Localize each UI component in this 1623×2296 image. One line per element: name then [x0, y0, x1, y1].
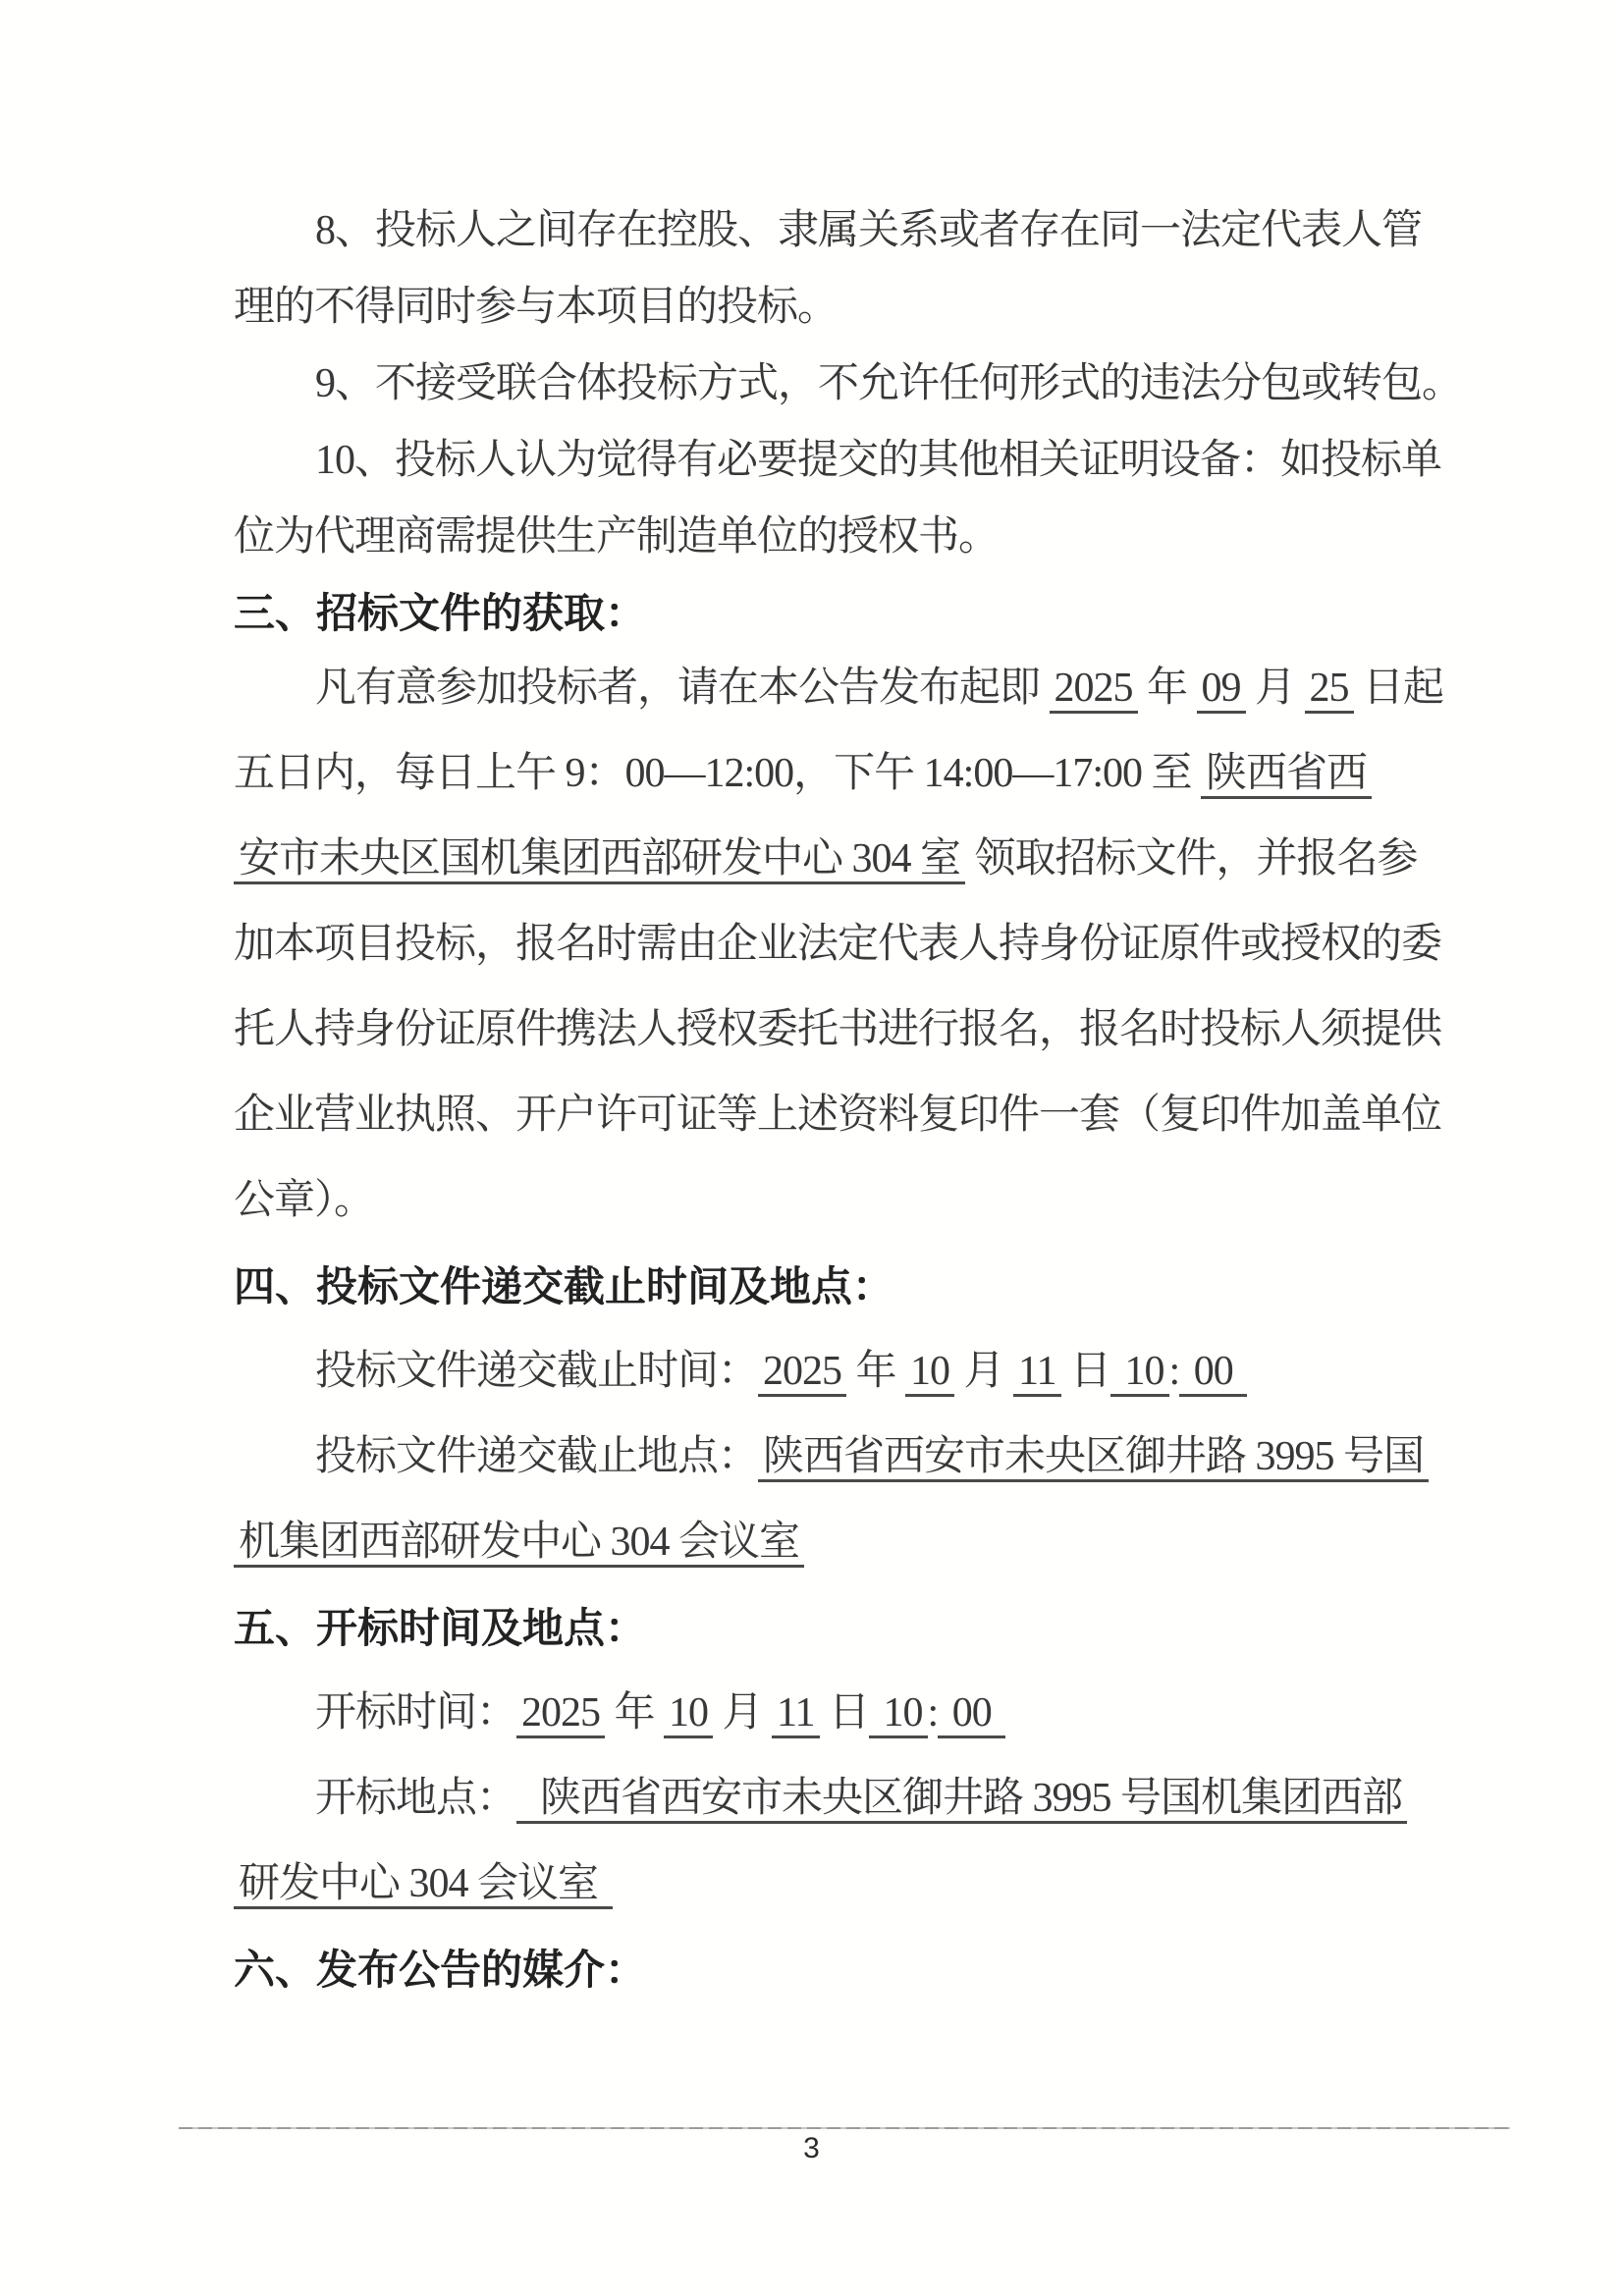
underlined-address: 研发中心 304 会议室 [234, 1861, 613, 1909]
clause-8-line-2: 理的不得同时参与本项目的投标。 [234, 269, 1549, 346]
text-run: 月 [954, 1349, 1013, 1394]
section-3-paragraph-line-5: 托人持身份证原件携法人授权委托书进行报名，报名时投标人须提供 [234, 988, 1549, 1073]
underlined-address: 安市未央区国机集团西部研发中心 304 室 [234, 836, 965, 884]
text-block-lower: 凡有意参加投标者，请在本公告发布起即 2025 年 09 月 25 日起 五日内… [234, 646, 1549, 2012]
section-3-paragraph-line-4: 加本项目投标，报名时需由企业法定代表人持身份证原件或授权的委 [234, 902, 1549, 988]
bid-opening-location-line-2: 研发中心 304 会议室 [234, 1842, 1549, 1927]
text-run: 凡有意参加投标者，请在本公告发布起即 [315, 666, 1050, 711]
underlined-date-day: 25 [1305, 666, 1354, 714]
bid-opening-time-line: 开标时间：2025 年 10 月 11 日 10: 00 [234, 1671, 1549, 1756]
underlined-address: 陕西省西安市未央区御井路 3995 号国机集团西部 [516, 1776, 1407, 1824]
underlined-address: 陕西省西安市未央区御井路 3995 号国 [758, 1434, 1429, 1482]
underlined-date-day: 11 [772, 1690, 819, 1738]
section-3-heading: 三、招标文件的获取： [234, 575, 1549, 652]
text-run: 公章）。 [234, 1178, 374, 1223]
text-run: : [928, 1690, 939, 1735]
clause-10-line-2: 位为代理商需提供生产制造单位的授权书。 [234, 499, 1549, 575]
text-run: 月 [713, 1690, 772, 1735]
section-3-paragraph-line-6: 企业营业执照、开户许可证等上述资料复印件一套（复印件加盖单位 [234, 1073, 1549, 1158]
clause-8-line-1: 8、投标人之间存在控股、隶属关系或者存在同一法定代表人管 [234, 192, 1549, 269]
bid-deadline-location-line-1: 投标文件递交截止地点：陕西省西安市未央区御井路 3995 号国 [234, 1415, 1549, 1500]
underlined-address: 机集团西部研发中心 304 会议室 [234, 1520, 804, 1568]
text-run: 日 [820, 1690, 870, 1735]
footer-divider [179, 2127, 1510, 2129]
text-run: 企业营业执照、开户许可证等上述资料复印件一套（复印件加盖单位 [234, 1093, 1441, 1138]
text-run: 年 [1138, 666, 1197, 711]
text-run: 位为代理商需提供生产制造单位的授权书。 [234, 514, 999, 560]
underlined-date-year: 2025 [758, 1349, 846, 1397]
heading-text: 六、发布公告的媒介： [234, 1947, 646, 1993]
text-block-upper: 8、投标人之间存在控股、隶属关系或者存在同一法定代表人管 理的不得同时参与本项目… [234, 192, 1549, 652]
underlined-date-month: 10 [905, 1349, 954, 1397]
bid-deadline-time-line: 投标文件递交截止时间：2025 年 10 月 11 日 10: 00 [234, 1329, 1549, 1415]
underlined-date-year: 2025 [516, 1690, 605, 1738]
underlined-date-month: 09 [1197, 666, 1246, 714]
clause-9: 9、不接受联合体投标方式，不允许任何形式的违法分包或转包。 [234, 346, 1549, 422]
underlined-date-day: 11 [1013, 1349, 1060, 1397]
text-run: 理的不得同时参与本项目的投标。 [234, 285, 838, 330]
text-run: 年 [605, 1690, 664, 1735]
section-6-heading: 六、发布公告的媒介： [234, 1927, 1549, 2012]
text-run: 托人持身份证原件携法人授权委托书进行报名，报名时投标人须提供 [234, 1007, 1441, 1052]
text-run: 8、投标人之间存在控股、隶属关系或者存在同一法定代表人管 [315, 208, 1422, 253]
page-number: 3 [0, 2132, 1623, 2165]
text-run: 年 [846, 1349, 905, 1394]
text-run: 日 [1061, 1349, 1111, 1394]
section-5-heading: 五、开标时间及地点： [234, 1585, 1549, 1671]
underlined-hour: 10 [1110, 1349, 1169, 1397]
section-4-heading: 四、投标文件递交截止时间及地点： [234, 1244, 1549, 1329]
section-3-paragraph-line-1: 凡有意参加投标者，请在本公告发布起即 2025 年 09 月 25 日起 [234, 646, 1549, 731]
bid-deadline-location-line-2: 机集团西部研发中心 304 会议室 [234, 1500, 1549, 1585]
text-run: : [1169, 1349, 1180, 1394]
underlined-hour: 10 [869, 1690, 928, 1738]
section-3-paragraph-line-2: 五日内，每日上午 9：00—12:00，下午 14:00—17:00 至 陕西省… [234, 731, 1549, 817]
text-run: 日起 [1354, 666, 1444, 711]
document-page: 8、投标人之间存在控股、隶属关系或者存在同一法定代表人管 理的不得同时参与本项目… [0, 0, 1623, 2296]
text-run: 9、不接受联合体投标方式，不允许任何形式的违法分包或转包。 [315, 361, 1462, 406]
clause-10-line-1: 10、投标人认为觉得有必要提交的其他相关证明设备：如投标单 [234, 422, 1549, 499]
underlined-address: 陕西省西 [1201, 751, 1372, 799]
bid-opening-location-line-1: 开标地点： 陕西省西安市未央区御井路 3995 号国机集团西部 [234, 1756, 1549, 1842]
section-3-paragraph-line-7: 公章）。 [234, 1158, 1549, 1244]
text-run: 开标时间： [315, 1690, 516, 1735]
heading-text: 五、开标时间及地点： [234, 1605, 646, 1651]
heading-text: 三、招标文件的获取： [234, 590, 646, 636]
text-run: 加本项目投标，报名时需由企业法定代表人持身份证原件或授权的委 [234, 922, 1441, 967]
section-3-paragraph-line-3: 安市未央区国机集团西部研发中心 304 室 领取招标文件，并报名参 [234, 817, 1549, 902]
text-run: 领取招标文件，并报名参 [965, 836, 1418, 881]
underlined-minute: 00 [938, 1690, 1005, 1738]
underlined-minute: 00 [1179, 1349, 1247, 1397]
text-run: 五日内，每日上午 9：00—12:00，下午 14:00—17:00 至 [234, 751, 1201, 796]
underlined-date-year: 2025 [1050, 666, 1138, 714]
text-run: 投标文件递交截止时间： [315, 1349, 758, 1394]
underlined-date-month: 10 [664, 1690, 713, 1738]
text-run: 投标文件递交截止地点： [315, 1434, 758, 1479]
heading-text: 四、投标文件递交截止时间及地点： [234, 1263, 893, 1309]
text-run: 10、投标人认为觉得有必要提交的其他相关证明设备：如投标单 [315, 438, 1441, 483]
text-run: 开标地点： [315, 1776, 516, 1821]
text-run: 月 [1246, 666, 1305, 711]
